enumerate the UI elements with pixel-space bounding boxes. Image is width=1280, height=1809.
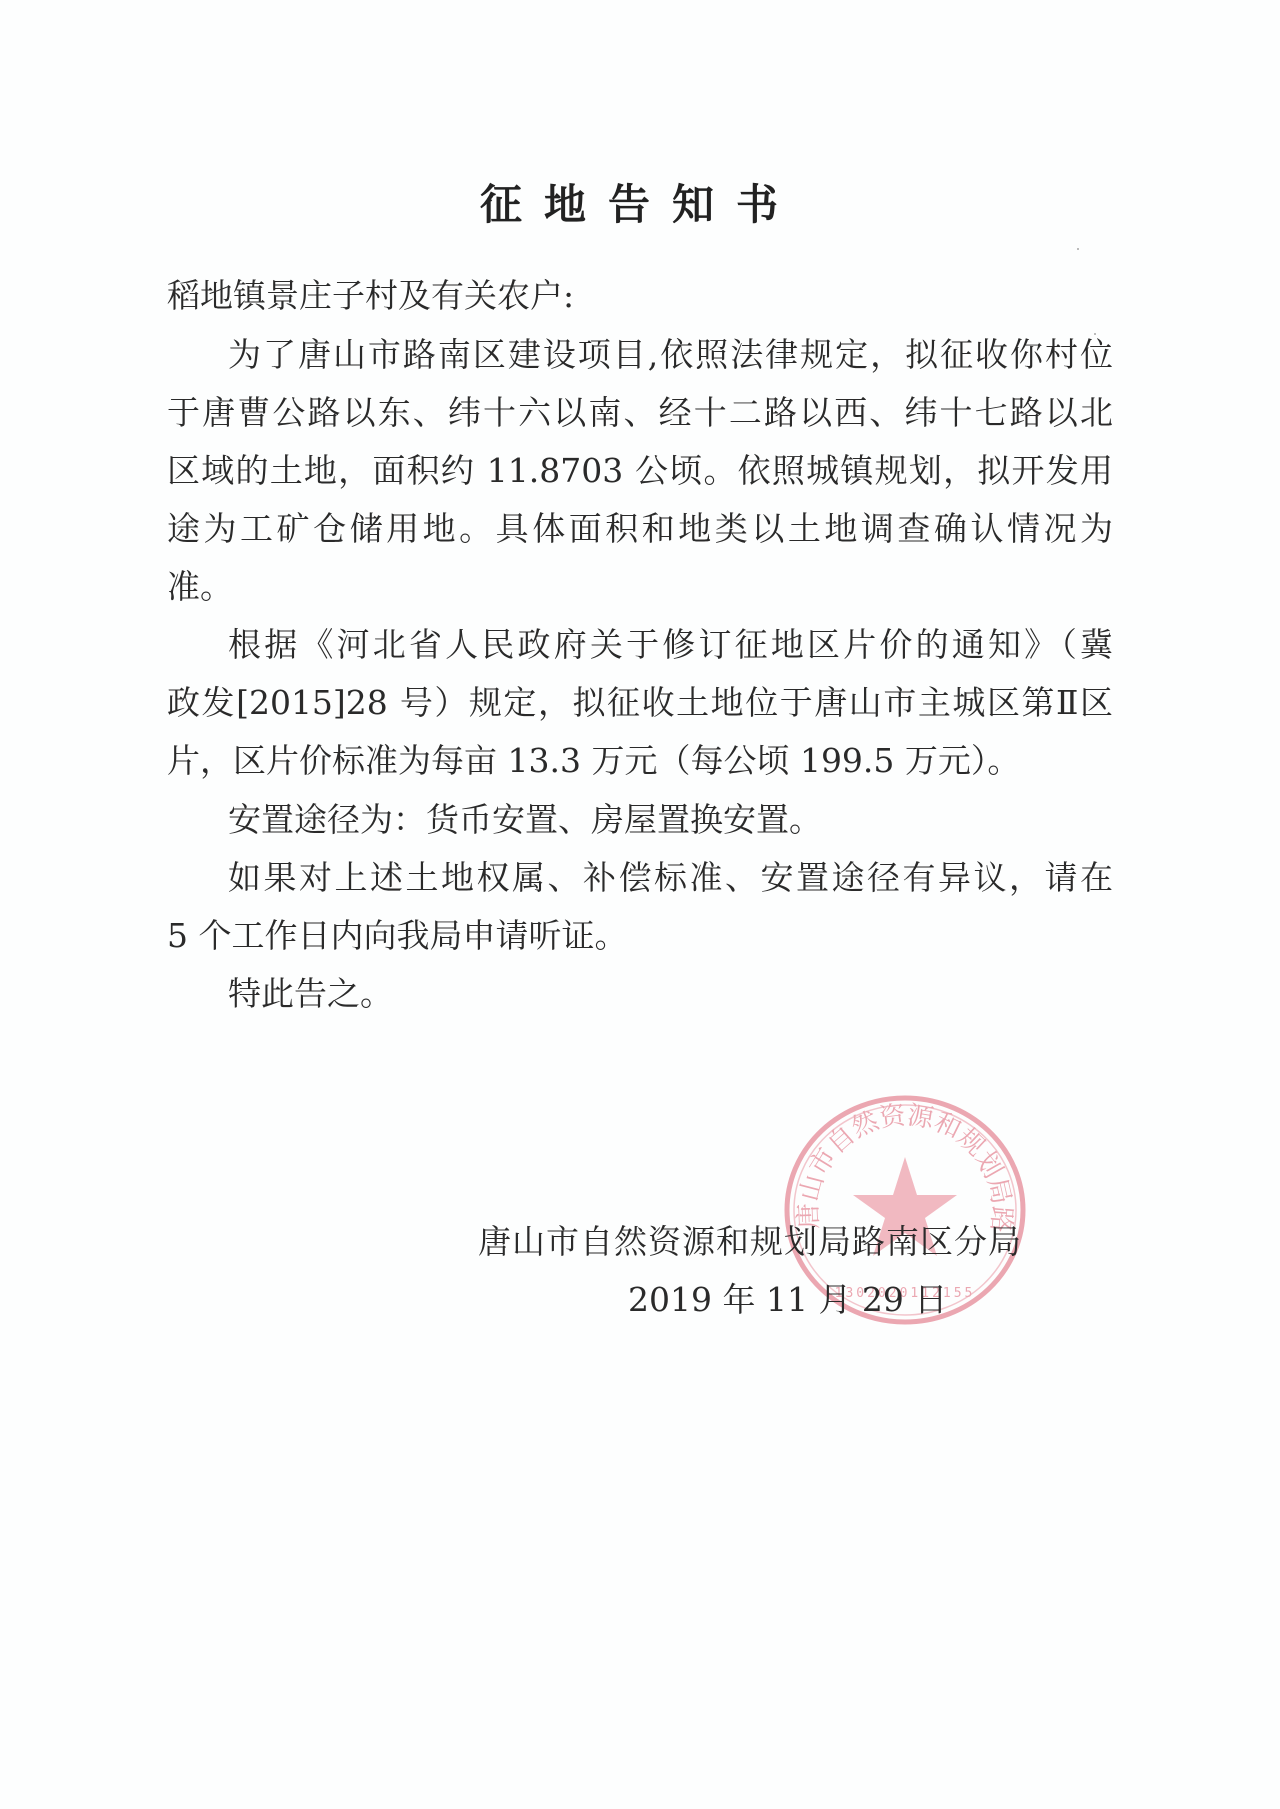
scan-speck xyxy=(1077,248,1079,250)
scan-speck xyxy=(1094,333,1096,335)
body-line-3: 区域的土地，面积约 11.8703 公顷。依照城镇规划，拟开发用 xyxy=(167,451,1113,491)
body-line-2: 于唐曹公路以东、纬十六以南、经十二路以西、纬十七路以北 xyxy=(167,393,1113,433)
body-line-5: 准。 xyxy=(167,567,1113,607)
document-title: 征地告知书 xyxy=(0,172,1280,232)
body-line-11: 5 个工作日内向我局申请听证。 xyxy=(167,916,1113,956)
notice-page: 征地告知书 稻地镇景庄子村及有关农户: 为了唐山市路南区建设项目,依照法律规定，… xyxy=(0,0,1280,1809)
body-line-4: 途为工矿仓储用地。具体面积和地类以土地调查确认情况为 xyxy=(167,509,1113,549)
body-line-9: 安置途径为：货币安置、房屋置换安置。 xyxy=(228,800,1113,840)
issuer-signature: 唐山市自然资源和规划局路南区分局 xyxy=(478,1222,1098,1262)
body-line-1: 为了唐山市路南区建设项目,依照法律规定，拟征收你村位 xyxy=(228,335,1113,375)
body-line-10: 如果对上述土地权属、补偿标准、安置途径有异议，请在 xyxy=(228,858,1113,898)
body-line-12: 特此告之。 xyxy=(228,974,1113,1014)
body-line-7: 政发[2015]28 号）规定，拟征收土地位于唐山市主城区第Ⅱ区 xyxy=(167,683,1113,723)
issue-date: 2019 年 11 月 29 日 xyxy=(628,1280,947,1320)
addressee: 稻地镇景庄子村及有关农户: xyxy=(167,276,1113,316)
body-line-8: 片，区片价标准为每亩 13.3 万元（每公顷 199.5 万元）。 xyxy=(167,741,1113,781)
body-line-6: 根据《河北省人民政府关于修订征地区片价的通知》（冀 xyxy=(228,625,1113,665)
